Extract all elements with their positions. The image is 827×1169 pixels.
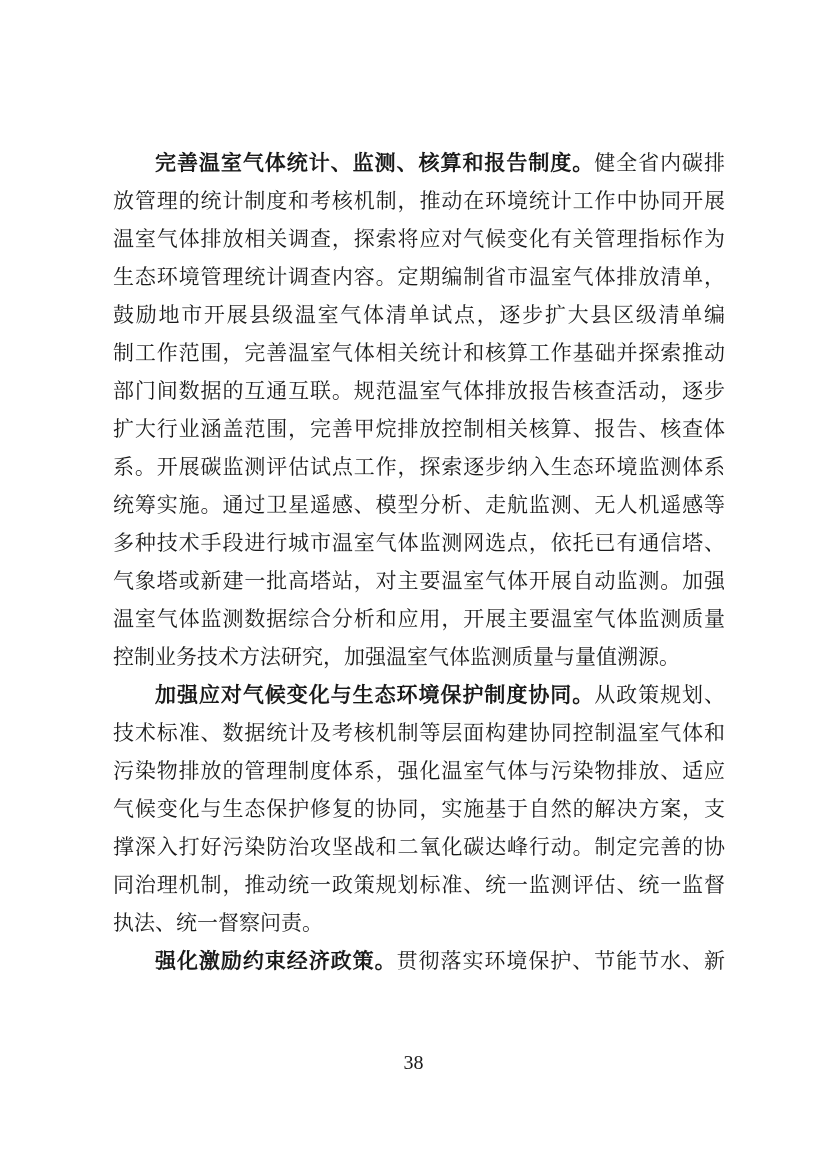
page-number: 38 (0, 1052, 827, 1075)
text-line: 鼓励地市开展县级温室气体清单试点，逐步扩大县区级清单编 (113, 296, 725, 334)
text-line: 系。开展碳监测评估试点工作，探索逐步纳入生态环境监测体系 (113, 448, 725, 486)
text-line: 多种技术手段进行城市温室气体监测网选点，依托已有通信塔、 (113, 524, 725, 562)
text-line: 生态环境管理统计调查内容。定期编制省市温室气体排放清单， (113, 258, 725, 296)
text-line: 放管理的统计制度和考核机制，推动在环境统计工作中协同开展 (113, 182, 725, 220)
paragraph-heading: 完善温室气体统计、监测、核算和报告制度。 (155, 151, 594, 175)
text-line: 统筹实施。通过卫星遥感、模型分析、走航监测、无人机遥感等 (113, 486, 725, 524)
text-line: 同治理机制，推动统一政策规划标准、统一监测评估、统一监督 (113, 866, 725, 904)
text-line: 温室气体排放相关调查，探索将应对气候变化有关管理指标作为 (113, 220, 725, 258)
text-line: 执法、统一督察问责。 (113, 904, 725, 942)
paragraph-2-line-1: 加强应对气候变化与生态环境保护制度协同。从政策规划、 (113, 676, 725, 714)
paragraph-1-line-1: 完善温室气体统计、监测、核算和报告制度。健全省内碳排 (113, 144, 725, 182)
text-line: 扩大行业涵盖范围，完善甲烷排放控制相关核算、报告、核查体 (113, 410, 725, 448)
paragraph-3-line-1: 强化激励约束经济政策。贯彻落实环境保护、节能节水、新 (113, 942, 725, 980)
text-line: 部门间数据的互通互联。规范温室气体排放报告核查活动，逐步 (113, 372, 725, 410)
paragraph-heading: 强化激励约束经济政策。 (155, 949, 397, 973)
paragraph-heading: 加强应对气候变化与生态环境保护制度协同。 (155, 683, 594, 707)
text-line: 技术标准、数据统计及考核机制等层面构建协同控制温室气体和 (113, 714, 725, 752)
text-line: 污染物排放的管理制度体系，强化温室气体与污染物排放、适应 (113, 752, 725, 790)
text-line: 温室气体监测数据综合分析和应用，开展主要温室气体监测质量 (113, 600, 725, 638)
body-text: 完善温室气体统计、监测、核算和报告制度。健全省内碳排 放管理的统计制度和考核机制… (113, 144, 725, 980)
text-line: 制工作范围，完善温室气体相关统计和核算工作基础并探索推动 (113, 334, 725, 372)
text-line: 气候变化与生态保护修复的协同，实施基于自然的解决方案，支 (113, 790, 725, 828)
text-line: 气象塔或新建一批高塔站，对主要温室气体开展自动监测。加强 (113, 562, 725, 600)
text-line: 撑深入打好污染防治攻坚战和二氧化碳达峰行动。制定完善的协 (113, 828, 725, 866)
document-page: 完善温室气体统计、监测、核算和报告制度。健全省内碳排 放管理的统计制度和考核机制… (0, 0, 827, 1169)
text-line: 控制业务技术方法研究，加强温室气体监测质量与量值溯源。 (113, 638, 725, 676)
